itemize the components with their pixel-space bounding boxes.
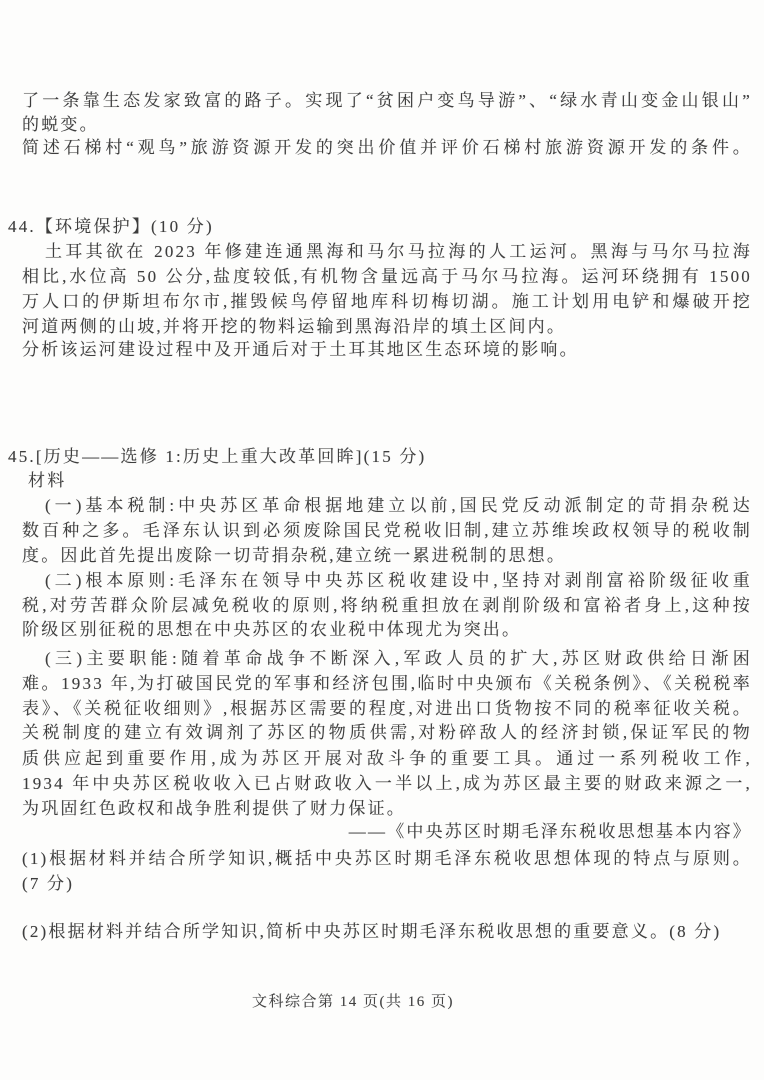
material-para3-line-1: (三)主要职能:随着革命战争不断深入,军政人员的扩大,苏区财政供给日渐困 [45, 648, 752, 669]
material-para1-line-1: (一)基本税制:中央苏区革命根据地建立以前,国民党反动派制定的苛捐杂税达 [45, 495, 752, 516]
sub-question-2: (2)根据材料并结合所学知识,简析中央苏区时期毛泽东税收思想的重要意义。(8 分… [22, 921, 752, 942]
intro-line-1: 了一条靠生态发家致富的路子。实现了“贫困户变鸟导游”、“绿水青山变金山银山” [22, 90, 752, 111]
q44-body-line-3: 万人口的伊斯坦布尔市,摧毁候鸟停留地库科切梅切湖。施工计划用电铲和爆破开挖 [22, 291, 752, 312]
material-para1-line-2: 数百种之多。毛泽东认识到必须废除国民党税收旧制,建立苏维埃政权领导的税收制 [22, 520, 752, 541]
material-para3-line-7: 为巩固红色政权和战争胜利提供了财力保证。 [22, 798, 752, 819]
material-para2-line-2: 税,对劳苦群众阶层减免税收的原则,将纳税重担放在剥削阶级和富裕者身上,这种按 [22, 595, 752, 616]
sub-question-1: (1)根据材料并结合所学知识,概括中央苏区时期毛泽东税收思想体现的特点与原则。 [22, 848, 752, 869]
material-para3-line-3: 表》、《关税征收细则》,根据苏区需要的程度,对进出口货物按不同的税率征收关税。 [22, 698, 752, 719]
question-44-header: 44.【环境保护】(10 分) [8, 216, 752, 237]
intro-task-line: 简述石梯村“观鸟”旅游资源开发的突出价值并评价石梯村旅游资源开发的条件。 [22, 137, 752, 158]
sub-question-1-points: (7 分) [22, 873, 752, 894]
page-footer: 文科综合第 14 页(共 16 页) [252, 990, 454, 1011]
material-para3-line-2: 难。1933 年,为打破国民党的军事和经济包围,临时中央颁布《关税条例》、《关税… [22, 673, 752, 694]
q44-task-line: 分析该运河建设过程中及开通后对于土耳其地区生态环境的影响。 [22, 339, 752, 360]
scanned-exam-page: 了一条靠生态发家致富的路子。实现了“贫困户变鸟导游”、“绿水青山变金山银山” 的… [0, 0, 764, 1080]
question-45-header: 45.[历史——选修 1:历史上重大改革回眸](15 分) [8, 446, 752, 467]
material-para3-line-6: 1934 年中央苏区税收收入已占财政收入一半以上,成为苏区最主要的财政来源之一, [22, 773, 752, 794]
citation-line: ——《中央苏区时期毛泽东税收思想基本内容》 [22, 821, 752, 842]
material-para1-line-3: 度。因此首先提出废除一切苛捐杂税,建立统一累进税制的思想。 [22, 545, 752, 566]
material-label: 材料 [28, 470, 728, 491]
intro-line-2: 的蜕变。 [22, 114, 752, 135]
q44-body-line-4: 河道两侧的山坡,并将开挖的物料运输到黑海沿岸的填土区间内。 [22, 316, 752, 337]
q44-body-line-1: 土耳其欲在 2023 年修建连通黑海和马尔马拉海的人工运河。黑海与马尔马拉海 [45, 241, 752, 262]
material-para2-line-1: (二)根本原则:毛泽东在领导中央苏区税收建设中,坚持对剥削富裕阶级征收重 [45, 570, 752, 591]
material-para2-line-3: 阶级区别征税的思想在中央苏区的农业税中体现尤为突出。 [22, 619, 752, 640]
material-para3-line-5: 质供应起到重要作用,成为苏区开展对敌斗争的重要工具。通过一系列税收工作, [22, 748, 752, 769]
material-para3-line-4: 关税制度的建立有效调剂了苏区的物质供需,对粉碎敌人的经济封锁,保证军民的物 [22, 722, 752, 743]
q44-body-line-2: 相比,水位高 50 公分,盐度较低,有机物含量远高于马尔马拉海。运河环绕拥有 1… [22, 266, 752, 287]
